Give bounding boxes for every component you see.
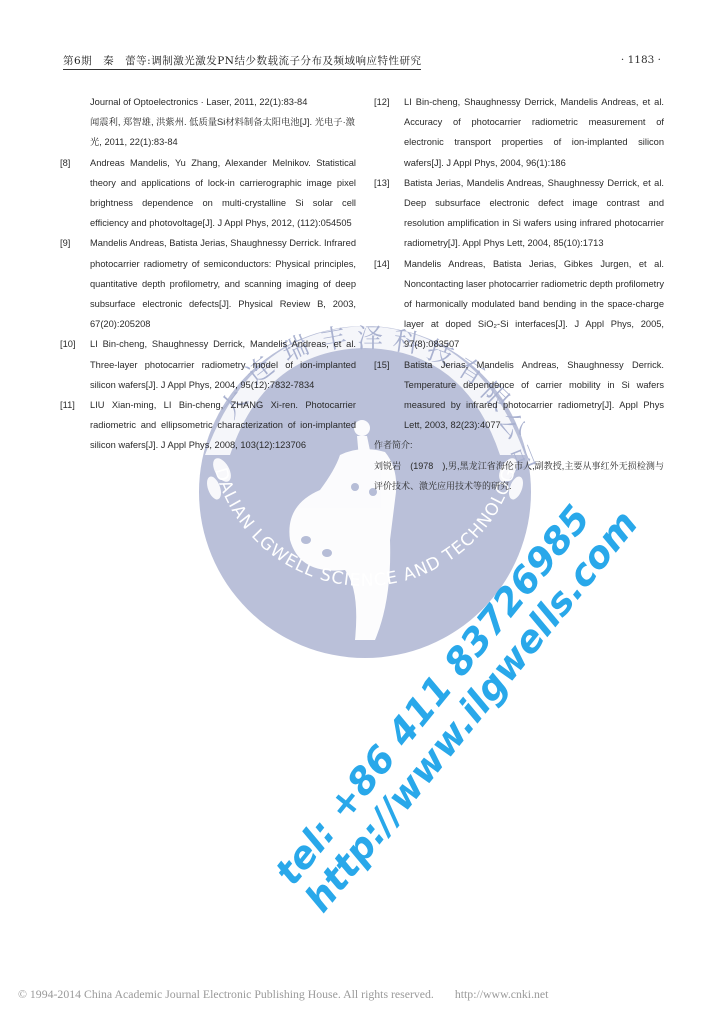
watermark-url: http://www.ilgwells.com — [297, 502, 647, 920]
running-title: 第6期 秦 蕾等:调制激光激发PN结少数载流子分布及频域响应特性研究 — [63, 53, 421, 70]
watermark-tel: tel: +86 411 83726985 — [267, 497, 599, 893]
author-bio-text: 刘锐岩 (1978 ),男,黑龙江省海伦市人,副教授,主要从事红外无损检测与评价… — [374, 456, 664, 496]
reference-item: [12] LI Bin-cheng, Shaughnessy Derrick, … — [374, 92, 664, 173]
reference-number: [10] — [60, 334, 76, 354]
author-bio-label: 作者简介: — [374, 435, 664, 455]
reference-number: [8] — [60, 153, 70, 173]
reference-continuation: Journal of Optoelectronics · Laser, 2011… — [60, 92, 356, 112]
right-column: [12] LI Bin-cheng, Shaughnessy Derrick, … — [374, 92, 664, 496]
page: 第6期 秦 蕾等:调制激光激发PN结少数载流子分布及频域响应特性研究 · 118… — [0, 0, 724, 1024]
reference-item: [10] LI Bin-cheng, Shaughnessy Derrick, … — [60, 334, 356, 395]
reference-item: [14] Mandelis Andreas, Batista Jerias, G… — [374, 254, 664, 355]
left-column: Journal of Optoelectronics · Laser, 2011… — [60, 92, 356, 456]
copyright-notice: © 1994-2014 China Academic Journal Elect… — [18, 987, 434, 1001]
footer: © 1994-2014 China Academic Journal Elect… — [18, 987, 548, 1002]
reference-item: [11] LIU Xian-ming, LI Bin-cheng, ZHANG … — [60, 395, 356, 456]
reference-number: [15] — [374, 355, 390, 375]
reference-number: [12] — [374, 92, 390, 112]
reference-number: [14] — [374, 254, 390, 274]
reference-text: LI Bin-cheng, Shaughnessy Derrick, Mande… — [90, 339, 356, 389]
reference-text: Batista Jerias, Mandelis Andreas, Shaugh… — [404, 360, 664, 431]
reference-number: [11] — [60, 395, 75, 415]
reference-item: [15] Batista Jerias, Mandelis Andreas, S… — [374, 355, 664, 436]
reference-text: LIU Xian-ming, LI Bin-cheng, ZHANG Xi-re… — [90, 400, 356, 450]
reference-continuation-cn: 闻震利, 郑智雄, 洪紫州. 低质量Si材料制备太阳电池[J]. 光电子·激光,… — [60, 112, 356, 152]
reference-number: [13] — [374, 173, 390, 193]
reference-item: [9] Mandelis Andreas, Batista Jerias, Sh… — [60, 233, 356, 334]
reference-item: [8] Andreas Mandelis, Yu Zhang, Alexande… — [60, 153, 356, 234]
reference-item: [13] Batista Jerias, Mandelis Andreas, S… — [374, 173, 664, 254]
reference-text: LI Bin-cheng, Shaughnessy Derrick, Mande… — [404, 97, 664, 168]
reference-number: [9] — [60, 233, 70, 253]
reference-text: Andreas Mandelis, Yu Zhang, Alexander Me… — [90, 158, 356, 229]
footer-url-link[interactable]: http://www.cnki.net — [455, 987, 549, 1001]
reference-text: Mandelis Andreas, Batista Jerias, Gibkes… — [404, 259, 664, 350]
page-number: · 1183 · — [621, 54, 661, 66]
reference-text: Mandelis Andreas, Batista Jerias, Shaugh… — [90, 238, 356, 329]
running-header: 第6期 秦 蕾等:调制激光激发PN结少数载流子分布及频域响应特性研究 · 118… — [63, 53, 661, 69]
reference-text: Batista Jerias, Mandelis Andreas, Shaugh… — [404, 178, 664, 249]
